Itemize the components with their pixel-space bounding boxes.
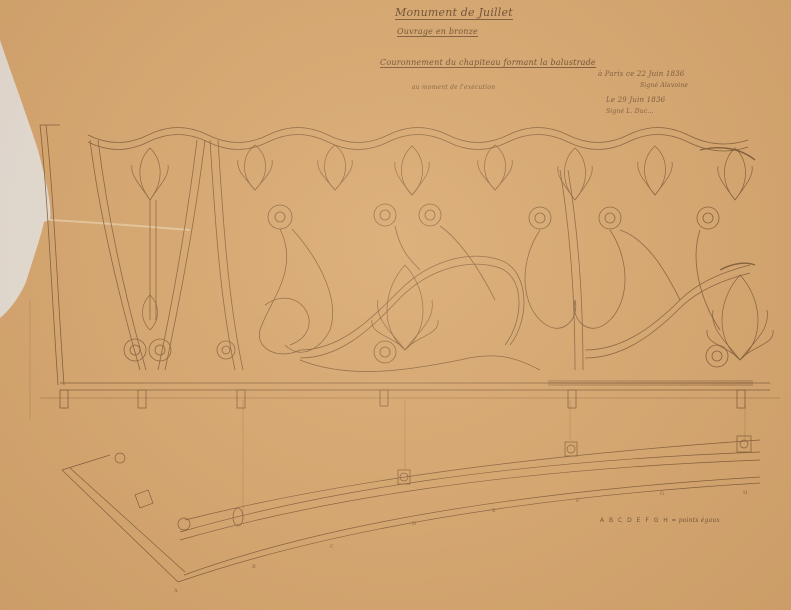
svg-text:E: E xyxy=(492,508,496,514)
plan-legend: A B C D E F G H = points égaux xyxy=(600,517,720,524)
title-line-4: au moment de l'exécution xyxy=(412,84,495,91)
plan-legend-letters: A B C D E F G H xyxy=(600,517,669,524)
date-annotation-2: Le 29 Juin 1836 xyxy=(606,96,665,104)
title-line-3: Couronnement du chapiteau formant la bal… xyxy=(380,58,596,68)
palmette xyxy=(132,148,169,200)
paper-sheet: A B C D E F G H Monument de Juillet Ouvr… xyxy=(0,0,791,610)
svg-text:G: G xyxy=(660,491,664,497)
svg-text:B: B xyxy=(252,564,256,570)
title-line-1: Monument de Juillet xyxy=(395,6,513,20)
svg-text:C: C xyxy=(330,544,334,550)
svg-text:F: F xyxy=(576,498,580,504)
svg-text:H: H xyxy=(743,490,748,496)
date-annotation-1: à Paris ce 22 Juin 1836 xyxy=(598,70,685,78)
svg-text:D: D xyxy=(412,521,416,527)
title-line-2: Ouvrage en bronze xyxy=(397,27,478,37)
svg-text:A: A xyxy=(173,588,178,594)
plan-legend-text: = points égaux xyxy=(671,517,720,524)
signature-1: Signé Alavoine xyxy=(640,82,688,89)
signature-2: Signé L. Duc... xyxy=(606,108,654,115)
torn-edge xyxy=(0,40,50,318)
